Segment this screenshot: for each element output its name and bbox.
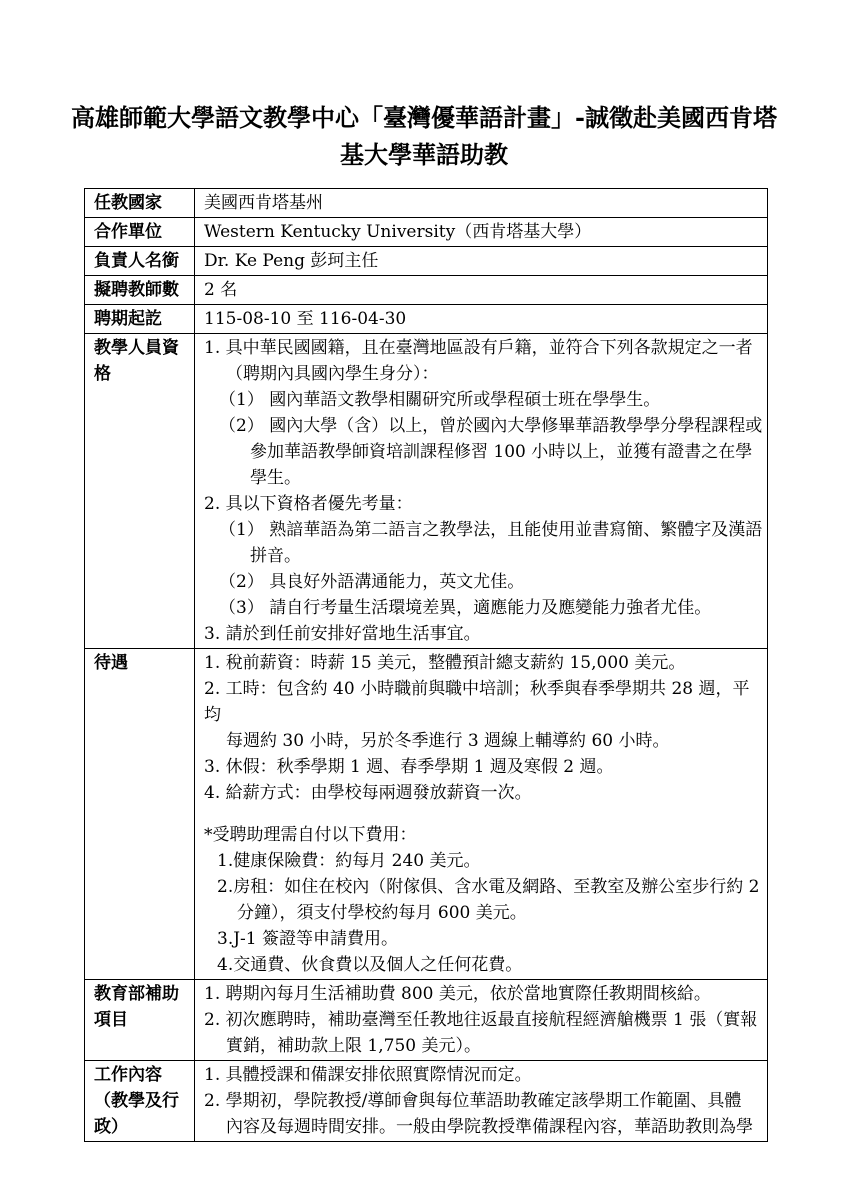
content-line: *受聘助理需自付以下費用： (204, 822, 763, 848)
content-line: （聘期內具國內學生身分）： (204, 361, 763, 387)
row-label: 擬聘教師數 (85, 276, 195, 304)
row-label: 教學人員資格 (85, 334, 195, 648)
row-label: 工作內容（教學及行政） (85, 1061, 195, 1141)
row-content: 1. 聘期內每月生活補助費 800 美元，依於當地實際任教期間核給。2. 初次應… (195, 980, 767, 1060)
row-label: 聘期起訖 (85, 305, 195, 333)
content-line: 美國西肯塔基州 (204, 190, 763, 216)
content-line: 每週約 30 小時，另於冬季進行 3 週線上輔導約 60 小時。 (204, 728, 763, 754)
content-line: 2. 初次應聘時，補助臺灣至任教地往返最直接航程經濟艙機票 1 張（實報 (204, 1007, 763, 1033)
content-line: 2. 學期初，學院教授/導師會與每位華語助教確定該學期工作範圍、具體 (204, 1088, 763, 1114)
content-line: （1） 熟諳華語為第二語言之教學法，且能使用並書寫簡、繁體字及漢語 (204, 517, 763, 543)
content-line: 分鐘），須支付學校約每月 600 美元。 (204, 900, 763, 926)
row-content: 115-08-10 至 116-04-30 (195, 305, 767, 333)
content-line: 4.交通費、伙食費以及個人之任何花費。 (204, 952, 763, 978)
row-content: 美國西肯塔基州 (195, 189, 767, 217)
content-line: 2. 具以下資格者優先考量： (204, 491, 763, 517)
row-label: 教育部補助項目 (85, 980, 195, 1060)
content-line: 2. 工時：包含約 40 小時職前與職中培訓；秋季與春季學期共 28 週，平均 (204, 676, 763, 728)
content-line: 2 名 (204, 277, 763, 303)
content-line: 115-08-10 至 116-04-30 (204, 306, 763, 332)
document-page: 高雄師範大學語文教學中心「臺灣優華語計畫」-誠徵赴美國西肯塔基大學華語助教 任教… (0, 0, 848, 1200)
content-line: （3） 請自行考量生活環境差異，適應能力及應變能力強者尤佳。 (204, 595, 763, 621)
table-row-contact-person: 負責人名銜Dr. Ke Peng 彭珂主任 (85, 247, 767, 276)
row-label: 待遇 (85, 649, 195, 979)
row-content: 1. 具中華民國國籍，且在臺灣地區設有戶籍，並符合下列各款規定之一者（聘期內具國… (195, 334, 767, 648)
content-line: 1.健康保險費：約每月 240 美元。 (204, 848, 763, 874)
table-row-moe-subsidy: 教育部補助項目1. 聘期內每月生活補助費 800 美元，依於當地實際任教期間核給… (85, 980, 767, 1061)
row-content: 2 名 (195, 276, 767, 304)
content-line: 2.房租：如住在校內（附傢俱、含水電及網路、至教室及辦公室步行約 2 (204, 874, 763, 900)
row-content: Dr. Ke Peng 彭珂主任 (195, 247, 767, 275)
row-label: 合作單位 (85, 218, 195, 246)
table-row-compensation: 待遇1. 稅前薪資：時薪 15 美元，整體預計總支薪約 15,000 美元。2.… (85, 649, 767, 980)
row-label: 任教國家 (85, 189, 195, 217)
table-row-teacher-count: 擬聘教師數2 名 (85, 276, 767, 305)
content-line: （1） 國內華語文教學相關研究所或學程碩士班在學學生。 (204, 387, 763, 413)
content-line: 3. 休假：秋季學期 1 週、春季學期 1 週及寒假 2 週。 (204, 754, 763, 780)
content-line: Western Kentucky University（西肯塔基大學） (204, 219, 763, 245)
row-content: 1. 具體授課和備課安排依照實際情況而定。2. 學期初，學院教授/導師會與每位華… (195, 1061, 767, 1141)
row-label: 負責人名銜 (85, 247, 195, 275)
document-title: 高雄師範大學語文教學中心「臺灣優華語計畫」-誠徵赴美國西肯塔基大學華語助教 (64, 0, 784, 173)
content-line: Dr. Ke Peng 彭珂主任 (204, 248, 763, 274)
table-row-partner-institution: 合作單位Western Kentucky University（西肯塔基大學） (85, 218, 767, 247)
content-line: 參加華語教學師資培訓課程修習 100 小時以上，並獲有證書之在學 (204, 439, 763, 465)
content-line: 1. 聘期內每月生活補助費 800 美元，依於當地實際任教期間核給。 (204, 981, 763, 1007)
table-row-country: 任教國家美國西肯塔基州 (85, 189, 767, 218)
content-line: （2） 國內大學（含）以上，曾於國內大學修畢華語教學學分學程課程或 (204, 413, 763, 439)
content-line: 實銷，補助款上限 1,750 美元）。 (204, 1033, 763, 1059)
content-line: 拼音。 (204, 543, 763, 569)
row-content: 1. 稅前薪資：時薪 15 美元，整體預計總支薪約 15,000 美元。2. 工… (195, 649, 767, 979)
blank-line (204, 806, 763, 822)
table-row-employment-period: 聘期起訖115-08-10 至 116-04-30 (85, 305, 767, 334)
content-line: 4. 給薪方式：由學校每兩週發放薪資一次。 (204, 780, 763, 806)
table-row-job-duties: 工作內容（教學及行政）1. 具體授課和備課安排依照實際情況而定。2. 學期初，學… (85, 1061, 767, 1141)
content-line: 1. 具中華民國國籍，且在臺灣地區設有戶籍，並符合下列各款規定之一者 (204, 335, 763, 361)
content-line: 1. 具體授課和備課安排依照實際情況而定。 (204, 1062, 763, 1088)
info-table: 任教國家美國西肯塔基州合作單位Western Kentucky Universi… (84, 188, 768, 1142)
content-line: 3.J-1 簽證等申請費用。 (204, 926, 763, 952)
content-line: （2） 具良好外語溝通能力，英文尤佳。 (204, 569, 763, 595)
row-content: Western Kentucky University（西肯塔基大學） (195, 218, 767, 246)
content-line: 1. 稅前薪資：時薪 15 美元，整體預計總支薪約 15,000 美元。 (204, 650, 763, 676)
content-line: 學生。 (204, 465, 763, 491)
table-row-qualifications: 教學人員資格1. 具中華民國國籍，且在臺灣地區設有戶籍，並符合下列各款規定之一者… (85, 334, 767, 649)
content-line: 3. 請於到任前安排好當地生活事宜。 (204, 621, 763, 647)
content-line: 內容及每週時間安排。一般由學院教授準備課程內容，華語助教則為學 (204, 1114, 763, 1140)
